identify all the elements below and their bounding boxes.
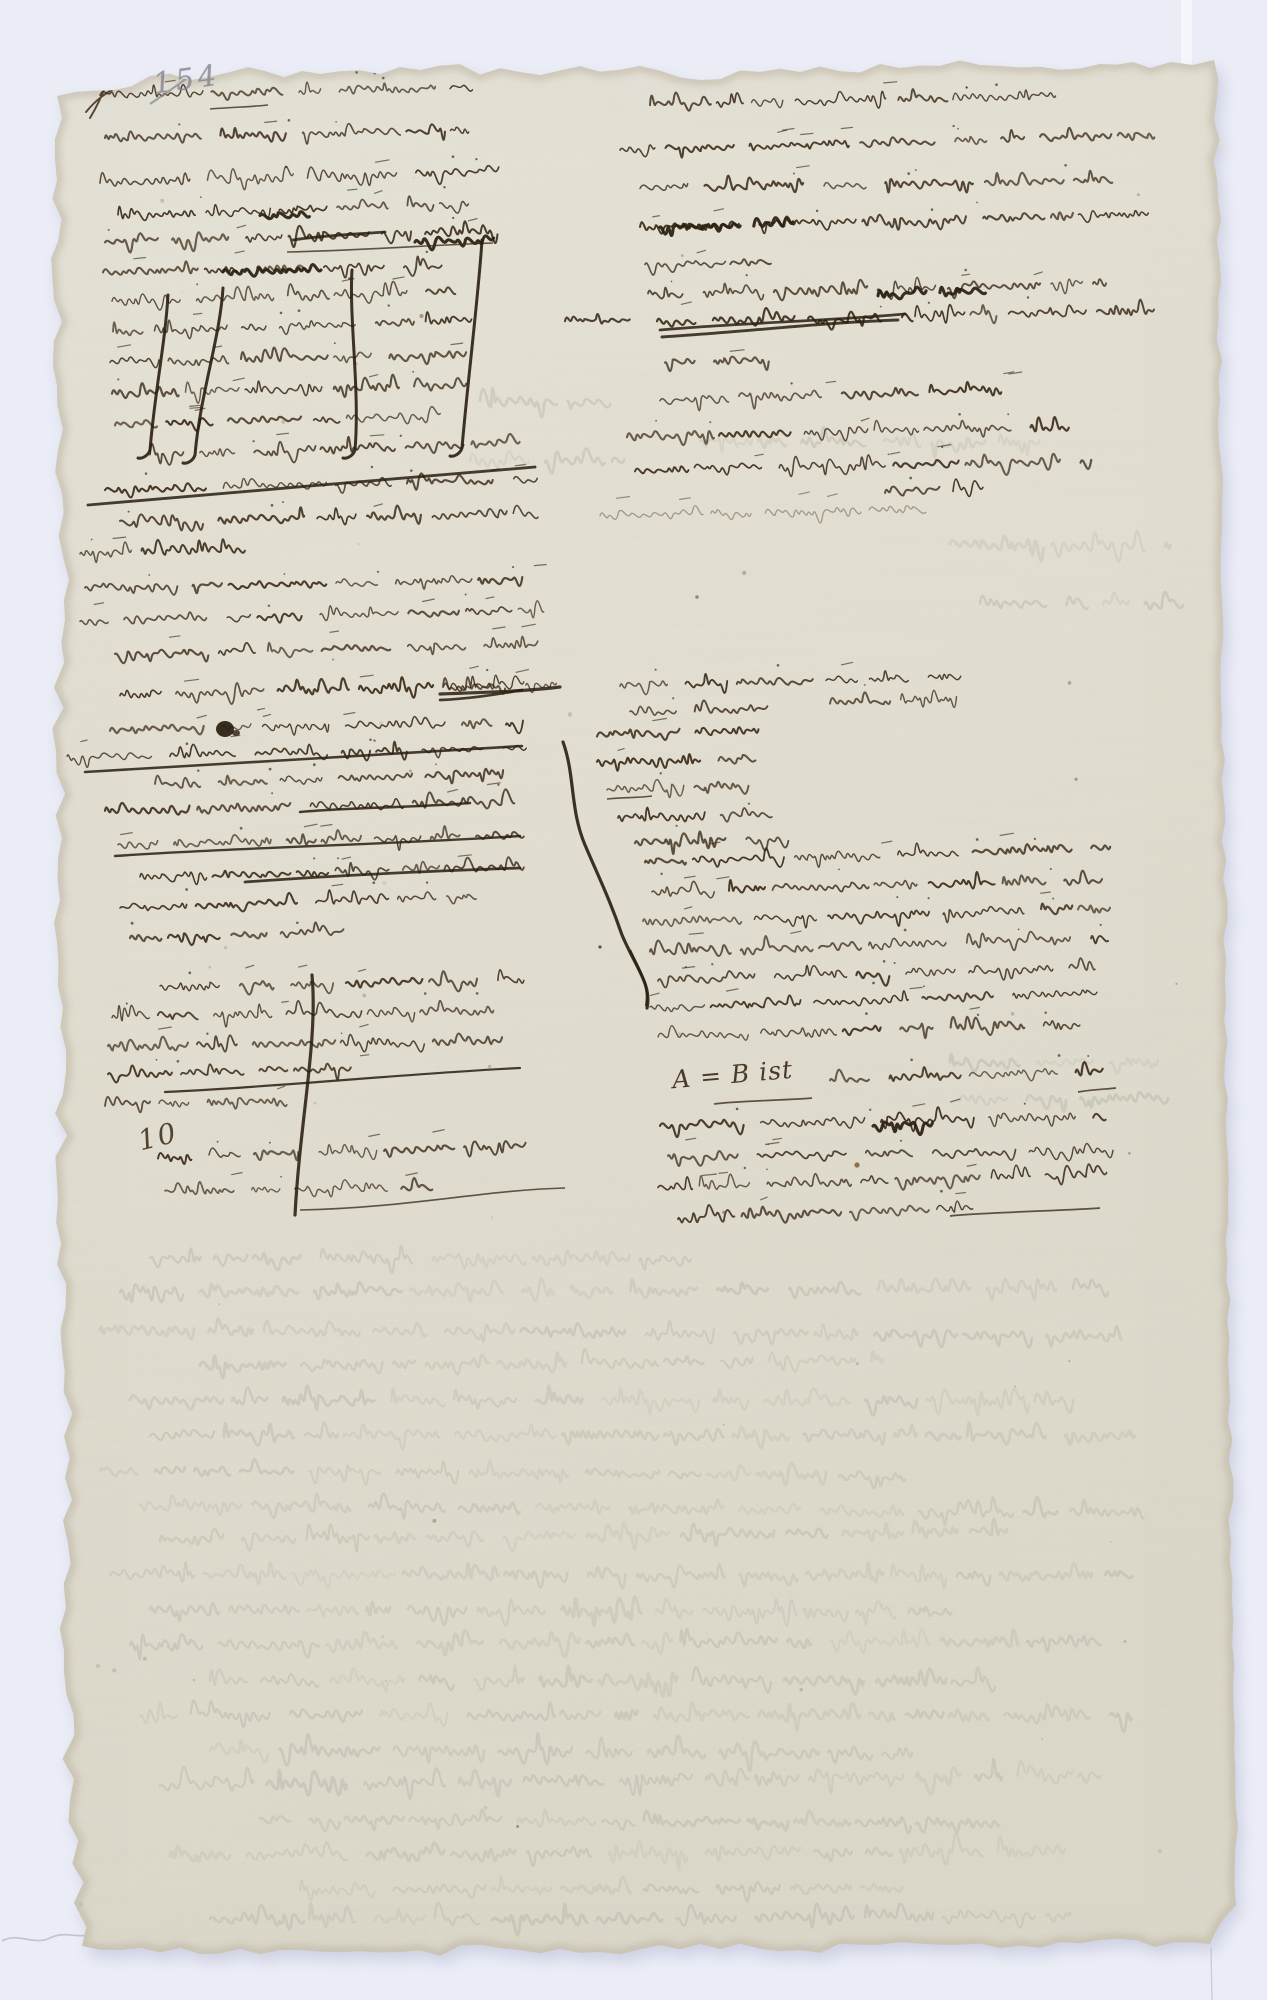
- paper-speck: [143, 1657, 147, 1661]
- diacritic-dot: [288, 119, 291, 122]
- paper-speck: [1069, 1360, 1071, 1362]
- diacritic-dot: [148, 574, 150, 576]
- diacritic-dot: [1050, 868, 1052, 870]
- diacritic-dot: [1100, 924, 1102, 926]
- paper-speck: [723, 1424, 725, 1426]
- diacritic-dot: [373, 739, 375, 741]
- paper-speck: [488, 1065, 491, 1068]
- paper-sheet: [40, 40, 1250, 1980]
- diacritic-dot: [197, 769, 199, 771]
- diacritic-dot: [271, 504, 274, 507]
- paper-speck: [218, 1303, 220, 1305]
- diacritic-dot: [748, 803, 750, 805]
- diacritic-dot: [977, 1014, 979, 1016]
- paper-speck: [742, 571, 746, 575]
- diacritic-dot: [452, 217, 454, 219]
- diacritic-dot: [766, 1168, 768, 1170]
- diacritic-dot: [355, 71, 358, 74]
- diacritic-dot: [909, 477, 912, 480]
- diacritic-dot: [900, 1140, 902, 1142]
- diacritic-dot: [923, 985, 925, 987]
- diacritic-dot: [145, 472, 148, 475]
- diacritic-dot: [1034, 838, 1036, 840]
- diacritic-dot: [910, 1058, 913, 1061]
- paper-speck: [381, 1635, 384, 1638]
- diacritic-dot: [296, 922, 299, 925]
- diacritic-dot: [928, 897, 930, 899]
- diacritic-dot: [334, 342, 336, 344]
- diacritic-dot: [915, 169, 917, 171]
- diacritic-dot: [369, 739, 372, 742]
- paper-speck: [1128, 1152, 1130, 1154]
- diacritic-dot: [108, 229, 110, 231]
- ink-blot: [232, 730, 240, 736]
- paper-speck: [208, 966, 211, 969]
- paper-fiber-texture: [40, 40, 1250, 1980]
- diacritic-dot: [156, 1059, 158, 1061]
- diacritic-dot: [268, 605, 270, 607]
- diacritic-dot: [269, 768, 272, 771]
- diacritic-dot: [188, 972, 191, 975]
- diacritic-dot: [777, 664, 780, 667]
- manuscript-scan: 154 10 A = B ist: [0, 0, 1267, 2000]
- diacritic-dot: [928, 302, 930, 304]
- paper-speck: [516, 1825, 519, 1828]
- paper-speck: [1068, 681, 1072, 685]
- paper-speck: [224, 946, 227, 949]
- diacritic-dot: [767, 1143, 769, 1145]
- diacritic-dot: [790, 382, 792, 384]
- diacritic-dot: [186, 742, 189, 745]
- diacritic-dot: [940, 1190, 943, 1193]
- diacritic-dot: [486, 669, 488, 671]
- diacritic-dot: [1007, 413, 1009, 415]
- paper-speck: [357, 543, 360, 546]
- paper-speck: [362, 994, 366, 998]
- paper-speck: [96, 1664, 100, 1668]
- paper-speck: [432, 1519, 436, 1523]
- paper-speck: [193, 1679, 195, 1681]
- diacritic-dot: [282, 501, 284, 503]
- diacritic-dot: [744, 1167, 746, 1169]
- diacritic-dot: [1018, 929, 1020, 931]
- diacritic-dot: [964, 269, 967, 272]
- diacritic-dot: [117, 378, 119, 380]
- diacritic-dot: [196, 283, 198, 285]
- diacritic-dot: [476, 992, 479, 995]
- diacritic-dot: [371, 466, 374, 469]
- diacritic-dot: [676, 825, 678, 827]
- paper-speck: [332, 658, 334, 660]
- diacritic-dot: [907, 172, 910, 175]
- diacritic-dot: [400, 435, 402, 437]
- paper-speck: [1042, 1738, 1044, 1740]
- diacritic-dot: [269, 1142, 271, 1144]
- diacritic-dot: [880, 306, 882, 308]
- diacritic-dot: [185, 888, 188, 891]
- paper-speck: [1110, 1541, 1112, 1543]
- diacritic-dot: [931, 208, 934, 211]
- diacritic-dot: [452, 155, 455, 158]
- ink-dot: [695, 595, 699, 599]
- paper-speck: [1124, 1640, 1127, 1643]
- diacritic-dot: [465, 593, 467, 595]
- ink-blot: [216, 721, 234, 737]
- diacritic-dot: [497, 784, 499, 786]
- diacritic-dot: [475, 158, 477, 160]
- diacritic-dot: [435, 763, 437, 765]
- diacritic-dot: [424, 992, 427, 995]
- paper-speck: [1011, 1012, 1015, 1016]
- paper-speck: [166, 1646, 168, 1648]
- diacritic-dot: [126, 1003, 128, 1005]
- diacritic-dot: [711, 963, 713, 965]
- diacritic-dot: [1058, 1054, 1061, 1057]
- diacritic-dot: [280, 1176, 282, 1178]
- diacritic-dot: [864, 684, 866, 686]
- paper-speck: [379, 721, 383, 725]
- diacritic-dot: [178, 123, 180, 125]
- diacritic-dot: [512, 566, 514, 568]
- diacritic-dot: [91, 539, 93, 541]
- diacritic-dot: [941, 446, 943, 448]
- diacritic-dot: [426, 251, 428, 253]
- paper-speck: [160, 199, 164, 203]
- diacritic-dot: [872, 982, 875, 985]
- paper-speck: [491, 1216, 494, 1219]
- diacritic-dot: [671, 281, 673, 283]
- diacritic-dot: [426, 881, 428, 883]
- diacritic-dot: [388, 304, 390, 306]
- diacritic-dot: [131, 922, 134, 925]
- paper-speck: [1001, 397, 1003, 399]
- paper-speck: [856, 1362, 859, 1365]
- diacritic-dot: [313, 763, 316, 766]
- diacritic-dot: [1044, 1011, 1046, 1013]
- diacritic-dot: [655, 669, 657, 671]
- diacritic-dot: [976, 838, 979, 841]
- diacritic-dot: [952, 125, 954, 127]
- diacritic-dot: [1087, 1055, 1089, 1057]
- diacritic-dot: [976, 202, 978, 204]
- diacritic-dot: [377, 571, 379, 573]
- diacritic-dot: [412, 371, 414, 373]
- diacritic-dot: [883, 960, 886, 963]
- diacritic-dot: [736, 1108, 739, 1111]
- rust-speck: [854, 1162, 859, 1167]
- diacritic-dot: [252, 440, 254, 442]
- diacritic-dot: [894, 962, 896, 964]
- diacritic-dot: [1064, 164, 1067, 167]
- diacritic-dot: [838, 869, 840, 871]
- diacritic-dot: [816, 210, 819, 213]
- paper-speck: [1158, 1849, 1163, 1854]
- paper-speck: [568, 712, 573, 717]
- diacritic-dot: [660, 772, 662, 774]
- diacritic-dot: [217, 1141, 219, 1143]
- diacritic-dot: [284, 573, 286, 575]
- paper-speck: [1137, 193, 1140, 196]
- diacritic-dot: [382, 77, 385, 80]
- diacritic-dot: [1027, 296, 1029, 298]
- diacritic-dot: [865, 1012, 868, 1015]
- ink-dot: [598, 945, 601, 948]
- diacritic-dot: [443, 186, 445, 188]
- diacritic-dot: [280, 312, 283, 315]
- diacritic-dot: [958, 413, 961, 416]
- diacritic-dot: [672, 697, 674, 699]
- diacritic-dot: [372, 881, 375, 884]
- paper-speck: [1074, 778, 1077, 781]
- diacritic-dot: [341, 1033, 343, 1035]
- diacritic-dot: [206, 1033, 208, 1035]
- diacritic-dot: [298, 309, 301, 312]
- diacritic-dot: [957, 128, 959, 130]
- diacritic-dot: [888, 453, 890, 455]
- diacritic-dot: [709, 421, 711, 423]
- diacritic-dot: [660, 873, 662, 875]
- diacritic-dot: [655, 420, 657, 422]
- diacritic-dot: [177, 1060, 180, 1063]
- diacritic-dot: [313, 857, 315, 859]
- diacritic-dot: [240, 827, 243, 830]
- paper-speck: [112, 1668, 116, 1672]
- paper-speck: [484, 1806, 488, 1810]
- paper-speck: [409, 770, 412, 773]
- diacritic-dot: [410, 469, 413, 472]
- diacritic-dot: [966, 86, 968, 88]
- paper-speck: [79, 1902, 83, 1906]
- diacritic-dot: [128, 511, 130, 513]
- diacritic-dot: [285, 166, 288, 169]
- diacritic-dot: [896, 896, 898, 898]
- paper-speck: [385, 1680, 386, 1681]
- diacritic-dot: [904, 929, 907, 932]
- paper-speck: [799, 1688, 803, 1692]
- paper-speck: [313, 1102, 316, 1105]
- diacritic-dot: [200, 196, 202, 198]
- paper-speck: [1175, 983, 1177, 985]
- diacritic-dot: [1052, 898, 1054, 900]
- paper-speck: [181, 292, 183, 294]
- diacritic-dot: [271, 792, 273, 794]
- scan-image: [0, 0, 1267, 2000]
- paper-speck: [382, 881, 386, 885]
- diacritic-dot: [1024, 1103, 1026, 1105]
- diacritic-dot: [337, 857, 339, 859]
- paper-speck: [681, 254, 684, 257]
- diacritic-dot: [995, 83, 998, 86]
- diacritic-dot: [335, 121, 337, 123]
- diacritic-dot: [869, 1109, 871, 1111]
- diacritic-dot: [793, 173, 795, 175]
- paper-speck: [413, 177, 415, 179]
- paper-speck: [1014, 1385, 1016, 1387]
- diacritic-dot: [746, 274, 748, 276]
- paper-speck: [419, 314, 423, 318]
